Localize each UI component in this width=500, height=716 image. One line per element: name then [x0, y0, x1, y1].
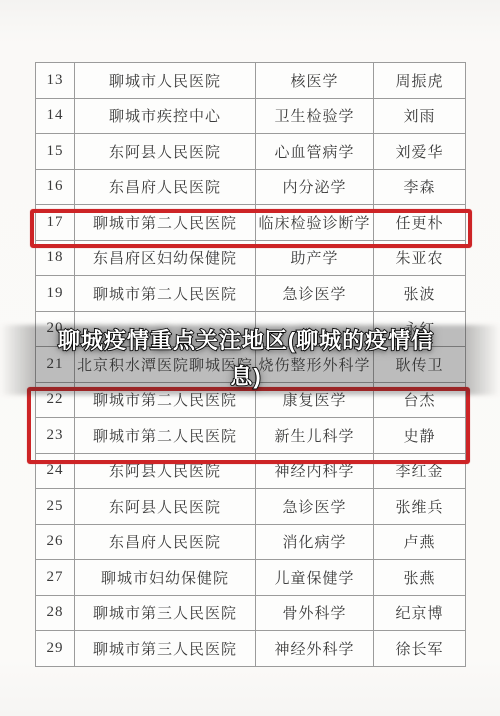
table-row: 28聊城市第三人民医院骨外科学纪京博	[36, 595, 466, 631]
table-row: 25东阿县人民医院急诊医学张维兵	[36, 489, 466, 525]
row-number-cell: 25	[36, 489, 75, 525]
table-row: 15东阿县人民医院心血管病学刘爱华	[36, 134, 466, 170]
row-number-cell: 19	[36, 276, 75, 312]
row-number-cell: 27	[36, 560, 75, 596]
hospital-cell: 聊城市第三人民医院	[75, 631, 256, 667]
row-number-cell: 15	[36, 134, 75, 170]
department-cell: 神经外科学	[256, 631, 374, 667]
hospital-cell: 聊城市疾控中心	[75, 98, 256, 134]
row-number-cell: 28	[36, 595, 75, 631]
person-name-cell: 刘爱华	[374, 134, 466, 170]
department-cell: 儿童保健学	[256, 560, 374, 596]
hospital-cell: 聊城市人民医院	[75, 63, 256, 99]
department-cell: 内分泌学	[256, 169, 374, 205]
hospital-cell: 聊城市第三人民医院	[75, 595, 256, 631]
scanned-document-page: 13聊城市人民医院核医学周振虎14聊城市疾控中心卫生检验学刘雨15东阿县人民医院…	[0, 0, 500, 716]
table-row: 14聊城市疾控中心卫生检验学刘雨	[36, 98, 466, 134]
hospital-cell: 东昌府人民医院	[75, 524, 256, 560]
department-cell: 卫生检验学	[256, 98, 374, 134]
department-cell: 消化病学	[256, 524, 374, 560]
watermark-shadow-band	[0, 325, 500, 395]
hospital-cell: 聊城市第二人民医院	[75, 276, 256, 312]
table-row: 16东昌府人民医院内分泌学李森	[36, 169, 466, 205]
hospital-cell: 东阿县人民医院	[75, 489, 256, 525]
highlight-box-row-17	[30, 209, 472, 248]
person-name-cell: 周振虎	[374, 63, 466, 99]
person-name-cell: 张维兵	[374, 489, 466, 525]
department-cell: 骨外科学	[256, 595, 374, 631]
row-number-cell: 13	[36, 63, 75, 99]
person-name-cell: 徐长军	[374, 631, 466, 667]
hospital-cell: 东阿县人民医院	[75, 134, 256, 170]
department-cell: 急诊医学	[256, 276, 374, 312]
row-number-cell: 16	[36, 169, 75, 205]
hospital-cell: 东昌府人民医院	[75, 169, 256, 205]
row-number-cell: 26	[36, 524, 75, 560]
row-number-cell: 29	[36, 631, 75, 667]
person-name-cell: 张波	[374, 276, 466, 312]
person-name-cell: 张燕	[374, 560, 466, 596]
person-name-cell: 卢燕	[374, 524, 466, 560]
table-row: 26东昌府人民医院消化病学卢燕	[36, 524, 466, 560]
hospital-cell: 聊城市妇幼保健院	[75, 560, 256, 596]
table-row: 13聊城市人民医院核医学周振虎	[36, 63, 466, 99]
table-row: 27聊城市妇幼保健院儿童保健学张燕	[36, 560, 466, 596]
department-cell: 心血管病学	[256, 134, 374, 170]
department-cell: 核医学	[256, 63, 374, 99]
person-name-cell: 刘雨	[374, 98, 466, 134]
person-name-cell: 纪京博	[374, 595, 466, 631]
table-row: 19聊城市第二人民医院急诊医学张波	[36, 276, 466, 312]
table-row: 29聊城市第三人民医院神经外科学徐长军	[36, 631, 466, 667]
row-number-cell: 14	[36, 98, 75, 134]
department-cell: 急诊医学	[256, 489, 374, 525]
person-name-cell: 李森	[374, 169, 466, 205]
highlight-box-rows-22-23	[27, 387, 470, 464]
